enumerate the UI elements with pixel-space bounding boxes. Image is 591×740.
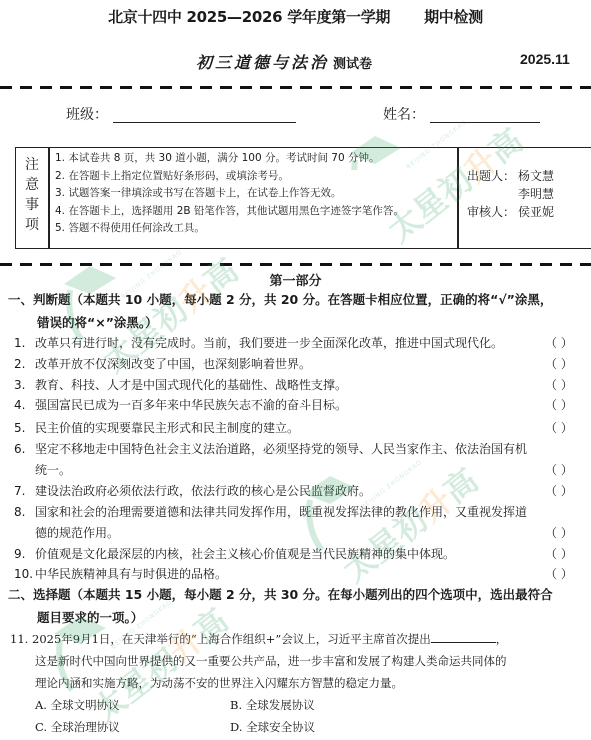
question-number: 6. xyxy=(14,439,25,460)
author-row: 李明慧 xyxy=(467,185,554,203)
question-number: 9. xyxy=(14,544,25,565)
answer-blank[interactable]: （ ） xyxy=(545,418,573,439)
dashed-divider-top xyxy=(0,86,591,89)
section2-heading-cont: 题目要求的一项。） xyxy=(37,607,143,629)
answer-blank[interactable]: （ ） xyxy=(545,333,573,354)
answer-blank[interactable]: （ ） xyxy=(545,395,573,416)
author-name: 李明慧 xyxy=(518,187,554,201)
answer-blank[interactable]: （ ） xyxy=(545,354,573,375)
question-number: 10. xyxy=(14,564,33,585)
question-text: 建设法治政府必须依法行政，依法行政的核心是公民监督政府。 xyxy=(35,481,555,502)
question-number: 4. xyxy=(14,395,25,416)
answer-blank[interactable]: （ ） xyxy=(545,375,573,396)
name-label: 姓名： xyxy=(383,104,425,124)
question-text: 中华民族精神具有与时俱进的品格。 xyxy=(35,564,555,585)
question-text: 国家和社会的治理需要道德和法律共同发挥作用，既重视发挥法律的教化作用，又重视发挥… xyxy=(35,502,591,523)
notice-heading-char: 注 xyxy=(20,155,44,175)
question-text: 坚定不移地走中国特色社会主义法治道路，必须坚持党的领导、人民当家作主、依法治国有… xyxy=(35,439,591,460)
question-number: 3. xyxy=(14,375,25,396)
subject-name: 初三道德与法治 xyxy=(196,53,329,72)
authors-block: 出题人：杨文慧 李明慧 审核人：侯亚妮 xyxy=(467,167,554,221)
notice-item: 1. 本试卷共 8 页，共 30 道小题，满分 100 分。考试时间 70 分钟… xyxy=(55,150,404,168)
author-row: 审核人：侯亚妮 xyxy=(467,203,554,221)
answer-blank-line[interactable] xyxy=(431,630,496,643)
choice-d[interactable]: D. 全球安全协议 xyxy=(230,719,315,735)
part-title: 第一部分 xyxy=(0,270,591,289)
question-text-punct: ， xyxy=(496,632,508,646)
notice-heading-char: 项 xyxy=(20,215,44,235)
question-text: 2025年9月1日，在天津举行的“上海合作组织+”会议上，习近平主席首次提出 xyxy=(32,632,431,646)
section1-heading-cont: 错误的将“×”涂黑。） xyxy=(37,312,158,334)
name-input-line[interactable] xyxy=(430,122,540,123)
question-text: 价值观是文化最深层的内核，社会主义核心价值观是当代民族精神的集中体现。 xyxy=(35,544,555,565)
answer-blank[interactable]: （ ） xyxy=(545,460,573,481)
choice-a[interactable]: A. 全球文明协议 xyxy=(35,697,120,713)
school-term: 北京十四中 2025—2026 学年度第一学期 xyxy=(108,8,390,26)
section2-heading: 二、选择题（本题共 15 小题，每小题 2 分，共 30 分。在每小题列出的四个… xyxy=(8,584,553,606)
notice-item: 3. 试题答案一律填涂或书写在答题卡上，在试卷上作答无效。 xyxy=(55,185,404,203)
choice-b[interactable]: B. 全球发展协议 xyxy=(230,697,315,713)
subject-title: 初三道德与法治测试卷 xyxy=(196,50,372,73)
question-text: 理论内涵和实施方略，为动荡不安的世界注入闪耀东方智慧的稳定力量。 xyxy=(35,673,591,694)
choice-c[interactable]: C. 全球治理协议 xyxy=(35,719,120,735)
paper-label: 测试卷 xyxy=(333,57,372,72)
notice-list: 1. 本试卷共 8 页，共 30 道小题，满分 100 分。考试时间 70 分钟… xyxy=(55,150,404,238)
author-label: 出题人： xyxy=(467,167,518,185)
answer-blank[interactable]: （ ） xyxy=(545,481,573,502)
question-number: 11. xyxy=(10,629,28,650)
author-name: 杨文慧 xyxy=(518,169,554,183)
author-label: 审核人： xyxy=(467,203,518,221)
question-number: 1. xyxy=(14,333,25,354)
notice-heading: 注 意 事 项 xyxy=(20,155,44,235)
answer-blank[interactable]: （ ） xyxy=(545,564,573,585)
section1-heading: 一、判断题（本题共 10 小题，每小题 2 分，共 20 分。在答题卡相应位置，… xyxy=(8,289,552,311)
question-text: 这是新时代中国向世界提供的又一重要公共产品，进一步丰富和发展了构建人类命运共同体… xyxy=(35,651,591,672)
question-number: 2. xyxy=(14,354,25,375)
class-label: 班级： xyxy=(66,104,108,124)
author-row: 出题人：杨文慧 xyxy=(467,167,554,185)
class-input-line[interactable] xyxy=(113,122,296,123)
notice-item: 2. 在答题卡上指定位置贴好条形码，或填涂考号。 xyxy=(55,168,404,186)
question-text: 改革开放不仅深刻改变了中国，也深刻影响着世界。 xyxy=(35,354,555,375)
notice-divider-left xyxy=(48,147,50,248)
dashed-divider-bottom xyxy=(0,263,591,266)
answer-blank[interactable]: （ ） xyxy=(545,544,573,565)
answer-blank[interactable]: （ ） xyxy=(545,523,573,544)
exam-type: 期中检测 xyxy=(424,8,483,26)
question-text-cont: 德的规范作用。 xyxy=(35,523,555,544)
question-text: 改革只有进行时，没有完成时。当前，我们要进一步全面深化改革，推进中国式现代化。 xyxy=(35,333,555,354)
question-number: 5. xyxy=(14,418,25,439)
question-text-cont: 统一。 xyxy=(35,460,555,481)
notice-heading-char: 意 xyxy=(20,175,44,195)
notice-item: 5. 答题不得使用任何涂改工具。 xyxy=(55,220,404,238)
question-text: 教育、科技、人才是中国式现代化的基础性、战略性支撑。 xyxy=(35,375,555,396)
question-number: 7. xyxy=(14,481,25,502)
notice-divider-right xyxy=(457,147,459,248)
notice-heading-char: 事 xyxy=(20,195,44,215)
notice-item: 4. 在答题卡上，选择题用 2B 铅笔作答，其他试题用黑色字迹签字笔作答。 xyxy=(55,203,404,221)
question-number: 8. xyxy=(14,502,25,523)
question-text: 强国富民已成为一百多年来中华民族矢志不渝的奋斗目标。 xyxy=(35,395,555,416)
exam-date: 2025.11 xyxy=(520,51,570,67)
exam-header-title: 北京十四中 2025—2026 学年度第一学期期中检测 xyxy=(0,6,591,27)
author-name: 侯亚妮 xyxy=(518,205,554,219)
question-text: 民主价值的实现要靠民主形式和民主制度的建立。 xyxy=(35,418,555,439)
